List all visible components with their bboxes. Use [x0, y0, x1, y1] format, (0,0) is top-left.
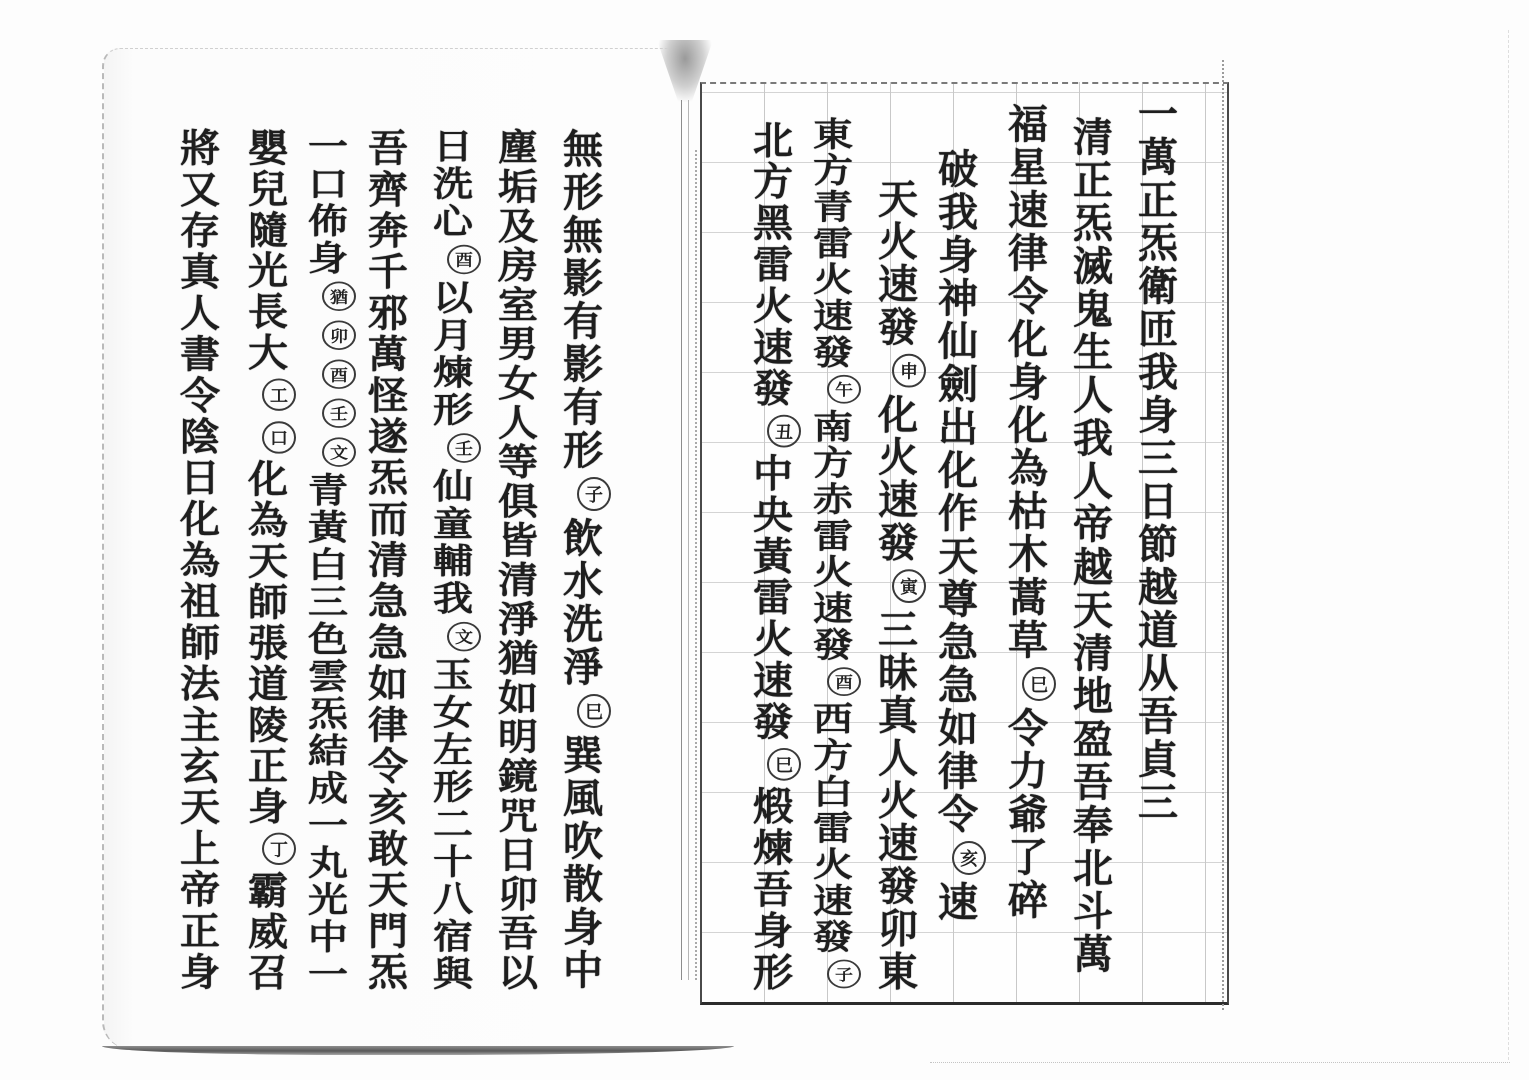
manuscript-character: 霸: [248, 873, 288, 914]
manuscript-character: 急: [938, 666, 978, 709]
manuscript-character: 身: [753, 913, 793, 954]
manuscript-character: 無: [563, 216, 603, 259]
manuscript-character: 日: [498, 837, 538, 876]
manuscript-character: 星: [1008, 148, 1048, 191]
circled-annotation: 猶: [322, 282, 356, 311]
manuscript-character: 師: [248, 584, 288, 625]
manuscript-character: 存: [180, 212, 220, 253]
right-page-edge: [1222, 60, 1225, 1010]
manuscript-character: 宿: [433, 920, 473, 957]
manuscript-character: 草: [1008, 621, 1048, 664]
manuscript-character: 律: [938, 752, 978, 795]
manuscript-character: 千: [368, 254, 408, 295]
circled-annotation: 文: [447, 622, 481, 652]
manuscript-character: 吹: [563, 822, 603, 865]
manuscript-character: 枯: [1008, 492, 1048, 535]
manuscript-character: 形: [563, 173, 603, 216]
manuscript-character: 卯: [878, 910, 918, 953]
text-column: 一口佈身猶卯酉壬文青黃白三色雲炁結成一丸光中一: [300, 130, 356, 995]
text-column: 天火速發申化火速發寅三昧真人火速發卯東: [870, 180, 926, 995]
manuscript-character: 玉: [433, 658, 473, 695]
manuscript-character: 隨: [248, 212, 288, 253]
circled-annotation: 子: [577, 477, 611, 511]
manuscript-character: 仙: [433, 470, 473, 507]
manuscript-character: 炁: [368, 954, 408, 995]
manuscript-character: 真: [878, 696, 918, 739]
manuscript-character: 日: [180, 460, 220, 501]
manuscript-character: 齊: [368, 171, 408, 212]
manuscript-character: 雲: [308, 660, 348, 697]
manuscript-character: 出: [938, 408, 978, 451]
manuscript-character: 咒: [498, 798, 538, 837]
manuscript-character: 形: [753, 954, 793, 995]
manuscript-character: 匝: [1138, 310, 1178, 353]
manuscript-character: 女: [498, 366, 538, 405]
manuscript-character: 盈: [1073, 720, 1113, 763]
manuscript-character: 我: [938, 193, 978, 236]
manuscript-character: 煅: [753, 788, 793, 829]
manuscript-character: 風: [563, 779, 603, 822]
manuscript-character: 中: [563, 951, 603, 994]
circled-annotation: 申: [892, 354, 926, 388]
text-column: 福星速律令化身化為枯木蒿草巳令力爺了碎: [1000, 105, 1056, 924]
manuscript-character: 為: [248, 502, 288, 543]
manuscript-character: 雷: [753, 246, 793, 287]
manuscript-character: 帝: [180, 871, 220, 912]
manuscript-character: 門: [368, 913, 408, 954]
manuscript-character: 爺: [1008, 795, 1048, 838]
circled-annotation: 壬: [447, 433, 481, 463]
manuscript-character: 發: [813, 336, 853, 372]
manuscript-character: 鬼: [1073, 290, 1113, 333]
manuscript-character: 煉: [433, 356, 473, 393]
manuscript-character: 三: [1138, 783, 1178, 826]
manuscript-character: 地: [1073, 677, 1113, 720]
manuscript-character: 央: [753, 497, 793, 538]
manuscript-character: 急: [938, 623, 978, 666]
manuscript-character: 雷: [813, 519, 853, 555]
manuscript-character: 色: [308, 623, 348, 660]
manuscript-character: 速: [753, 662, 793, 703]
manuscript-character: 清: [368, 542, 408, 583]
manuscript-character: 一: [308, 130, 348, 167]
manuscript-character: 吾: [368, 130, 408, 171]
manuscript-character: 令: [1008, 709, 1048, 752]
manuscript-character: 天: [248, 543, 288, 584]
manuscript-character: 速: [938, 883, 978, 926]
manuscript-character: 方: [753, 163, 793, 204]
manuscript-character: 三: [1138, 439, 1178, 482]
manuscript-character: 神: [938, 279, 978, 322]
manuscript-character: 滅: [1073, 247, 1113, 290]
manuscript-character: 亥: [368, 789, 408, 830]
circled-annotation: 卯: [322, 321, 356, 350]
text-column: 無形無影有影有形子飲水洗淨巳巽風吹散身中: [555, 130, 611, 994]
manuscript-character: 火: [878, 782, 918, 825]
manuscript-character: 我: [1138, 353, 1178, 396]
manuscript-character: 吾: [1073, 763, 1113, 806]
text-column: 北方黑雷火速發丑中央黃雷火速發巳煅煉吾身形: [745, 122, 801, 995]
manuscript-character: 雷: [753, 579, 793, 620]
manuscript-character: 而: [368, 501, 408, 542]
manuscript-character: 速: [1008, 191, 1048, 234]
manuscript-character: 日: [433, 130, 473, 167]
circled-annotation: 工: [262, 378, 296, 410]
manuscript-character: 發: [878, 524, 918, 567]
manuscript-character: 卯: [498, 877, 538, 916]
manuscript-character: 三: [308, 586, 348, 623]
manuscript-character: 黑: [753, 205, 793, 246]
manuscript-character: 身: [1008, 363, 1048, 406]
manuscript-character: 如: [498, 680, 538, 719]
manuscript-character: 左: [433, 733, 473, 770]
manuscript-character: 嬰: [248, 130, 288, 171]
manuscript-character: 影: [563, 259, 603, 302]
manuscript-character: 為: [1008, 449, 1048, 492]
manuscript-character: 三: [878, 611, 918, 654]
manuscript-character: 上: [180, 830, 220, 871]
manuscript-character: 天: [938, 537, 978, 580]
manuscript-character: 速: [878, 265, 918, 308]
manuscript-character: 律: [368, 707, 408, 748]
manuscript-character: 男: [498, 327, 538, 366]
manuscript-scan: 一萬正炁衛匝我身三日節越道从吾貞三清正炁滅鬼生人我人帝越天清地盈吾奉北斗萬福星速…: [0, 0, 1529, 1080]
manuscript-character: 仙: [938, 322, 978, 365]
manuscript-character: 俱: [498, 484, 538, 523]
text-column: 一萬正炁衛匝我身三日節越道从吾貞三: [1130, 95, 1186, 826]
manuscript-character: 祖: [180, 583, 220, 624]
manuscript-character: 西: [813, 703, 853, 739]
manuscript-character: 赤: [813, 483, 853, 519]
scan-edge: [1508, 30, 1510, 1060]
manuscript-character: 萬: [1073, 935, 1113, 978]
manuscript-character: 發: [753, 704, 793, 745]
manuscript-character: 化: [1008, 320, 1048, 363]
manuscript-character: 速: [813, 592, 853, 628]
manuscript-character: 形: [433, 393, 473, 430]
manuscript-character: 吾: [498, 916, 538, 955]
circled-annotation: 巳: [767, 748, 801, 781]
manuscript-character: 律: [1008, 234, 1048, 277]
manuscript-character: 淨: [563, 648, 603, 691]
manuscript-character: 黃: [753, 538, 793, 579]
manuscript-character: 十: [433, 845, 473, 882]
manuscript-character: 與: [433, 957, 473, 994]
manuscript-character: 月: [433, 319, 473, 356]
manuscript-character: 影: [563, 345, 603, 388]
manuscript-character: 炁: [1073, 204, 1113, 247]
manuscript-character: 女: [433, 696, 473, 733]
manuscript-character: 破: [938, 150, 978, 193]
manuscript-character: 清: [1073, 118, 1113, 161]
manuscript-character: 師: [180, 624, 220, 665]
text-column: 東方青雷火速發午南方赤雷火速發酉西方白雷火速發子: [805, 118, 861, 995]
manuscript-character: 淨: [498, 602, 538, 641]
manuscript-character: 如: [368, 666, 408, 707]
manuscript-character: 二: [433, 808, 473, 845]
manuscript-character: 身: [180, 954, 220, 995]
manuscript-character: 口: [308, 167, 348, 204]
manuscript-character: 火: [813, 556, 853, 592]
manuscript-character: 方: [813, 739, 853, 775]
manuscript-character: 東: [813, 118, 853, 154]
manuscript-character: 光: [248, 253, 288, 294]
manuscript-character: 以: [433, 281, 473, 318]
manuscript-character: 為: [180, 542, 220, 583]
circled-annotation: 午: [827, 375, 861, 404]
manuscript-character: 火: [813, 848, 853, 884]
manuscript-character: 正: [248, 748, 288, 789]
manuscript-character: 越: [1073, 548, 1113, 591]
manuscript-character: 令: [180, 377, 220, 418]
manuscript-character: 吾: [1138, 697, 1178, 740]
manuscript-character: 身: [248, 789, 288, 830]
manuscript-character: 化: [878, 395, 918, 438]
manuscript-character: 日: [1138, 482, 1178, 525]
manuscript-character: 貞: [1138, 740, 1178, 783]
manuscript-character: 水: [563, 562, 603, 605]
manuscript-character: 化: [180, 501, 220, 542]
manuscript-character: 節: [1138, 525, 1178, 568]
manuscript-character: 塵: [498, 130, 538, 169]
manuscript-character: 方: [813, 447, 853, 483]
text-column: 破我身神仙劍出化作天尊急急如律令亥速: [930, 150, 986, 926]
manuscript-character: 人: [1073, 376, 1113, 419]
manuscript-character: 炁: [368, 460, 408, 501]
manuscript-character: 火: [753, 621, 793, 662]
manuscript-character: 主: [180, 707, 220, 748]
circled-annotation: 酉: [447, 245, 481, 275]
manuscript-character: 奔: [368, 212, 408, 253]
manuscript-character: 化: [248, 461, 288, 502]
manuscript-character: 成: [308, 772, 348, 809]
circled-annotation: 丁: [262, 833, 296, 865]
manuscript-character: 佈: [308, 204, 348, 241]
circled-annotation: 子: [827, 960, 861, 989]
text-column: 將又存真人書令陰日化為祖師法主玄天上帝正身: [172, 130, 228, 995]
manuscript-character: 斗: [1073, 892, 1113, 935]
manuscript-character: 陵: [248, 707, 288, 748]
manuscript-character: 急: [368, 624, 408, 665]
manuscript-character: 萬: [1138, 138, 1178, 181]
manuscript-character: 玄: [180, 748, 220, 789]
manuscript-character: 北: [753, 122, 793, 163]
manuscript-character: 奉: [1073, 806, 1113, 849]
manuscript-character: 有: [563, 388, 603, 431]
manuscript-character: 輔: [433, 545, 473, 582]
manuscript-character: 一: [1138, 95, 1178, 138]
manuscript-character: 正: [1073, 161, 1113, 204]
circled-annotation: 文: [322, 437, 356, 466]
manuscript-character: 發: [813, 921, 853, 957]
manuscript-character: 身: [563, 908, 603, 951]
manuscript-character: 張: [248, 625, 288, 666]
circled-annotation: 巳: [1022, 667, 1056, 701]
manuscript-character: 雷: [813, 227, 853, 263]
manuscript-character: 帝: [1073, 505, 1113, 548]
manuscript-character: 無: [563, 130, 603, 173]
manuscript-character: 室: [498, 287, 538, 326]
manuscript-character: 形: [433, 770, 473, 807]
manuscript-character: 人: [180, 295, 220, 336]
manuscript-character: 煉: [753, 830, 793, 871]
manuscript-character: 火: [753, 288, 793, 329]
manuscript-character: 化: [938, 451, 978, 494]
manuscript-character: 垢: [498, 169, 538, 208]
manuscript-character: 白: [308, 548, 348, 585]
manuscript-character: 速: [753, 329, 793, 370]
manuscript-character: 炁: [308, 697, 348, 734]
circled-annotation: 丑: [767, 415, 801, 448]
manuscript-character: 方: [813, 154, 853, 190]
manuscript-character: 邪: [368, 295, 408, 336]
manuscript-character: 飲: [563, 519, 603, 562]
manuscript-character: 洗: [433, 167, 473, 204]
manuscript-character: 人: [878, 739, 918, 782]
manuscript-character: 天: [180, 789, 220, 830]
manuscript-character: 天: [878, 180, 918, 223]
manuscript-character: 人: [1073, 462, 1113, 505]
manuscript-character: 道: [248, 666, 288, 707]
manuscript-character: 火: [878, 438, 918, 481]
manuscript-character: 清: [498, 562, 538, 601]
manuscript-character: 書: [180, 336, 220, 377]
manuscript-character: 一: [308, 958, 348, 995]
manuscript-character: 令: [368, 748, 408, 789]
text-column: 吾齊奔千邪萬怪遂炁而清急急如律令亥敢天門炁: [360, 130, 416, 995]
manuscript-character: 結: [308, 734, 348, 771]
manuscript-character: 發: [878, 867, 918, 910]
manuscript-character: 洗: [563, 605, 603, 648]
circled-annotation: 酉: [322, 359, 356, 388]
manuscript-character: 召: [248, 954, 288, 995]
manuscript-character: 化: [1008, 406, 1048, 449]
binding-cord: [681, 100, 689, 980]
manuscript-character: 从: [1138, 654, 1178, 697]
manuscript-character: 我: [1073, 419, 1113, 462]
manuscript-character: 福: [1008, 105, 1048, 148]
manuscript-character: 速: [813, 884, 853, 920]
manuscript-character: 又: [180, 171, 220, 212]
manuscript-character: 尊: [938, 580, 978, 623]
manuscript-character: 怪: [368, 377, 408, 418]
manuscript-character: 有: [563, 302, 603, 345]
manuscript-character: 威: [248, 913, 288, 954]
manuscript-character: 光: [308, 883, 348, 920]
manuscript-character: 等: [498, 444, 538, 483]
manuscript-character: 巽: [563, 736, 603, 779]
manuscript-character: 身: [938, 236, 978, 279]
manuscript-character: 木: [1008, 535, 1048, 578]
manuscript-character: 清: [1073, 634, 1113, 677]
manuscript-character: 作: [938, 494, 978, 537]
manuscript-character: 發: [753, 370, 793, 411]
manuscript-character: 南: [813, 410, 853, 446]
manuscript-character: 越: [1138, 568, 1178, 611]
manuscript-character: 東: [878, 953, 918, 996]
circled-annotation: 亥: [952, 841, 986, 875]
manuscript-character: 天: [368, 871, 408, 912]
text-column: 塵垢及房室男女人等俱皆清淨猶如明鏡咒日卯吾以: [490, 130, 546, 995]
circled-annotation: 口: [262, 421, 296, 453]
manuscript-character: 萬: [368, 336, 408, 377]
manuscript-character: 皆: [498, 523, 538, 562]
manuscript-character: 中: [753, 455, 793, 496]
manuscript-character: 敢: [368, 830, 408, 871]
text-column: 嬰兒隨光長大工口化為天師張道陵正身丁霸威召: [240, 130, 296, 995]
manuscript-character: 速: [878, 824, 918, 867]
manuscript-character: 生: [1073, 333, 1113, 376]
manuscript-character: 衛: [1138, 267, 1178, 310]
manuscript-character: 速: [813, 300, 853, 336]
manuscript-character: 火: [878, 223, 918, 266]
manuscript-character: 中: [308, 921, 348, 958]
manuscript-character: 將: [180, 130, 220, 171]
manuscript-character: 了: [1008, 838, 1048, 881]
bottom-rule: [930, 1062, 1510, 1064]
manuscript-character: 真: [180, 254, 220, 295]
manuscript-character: 昧: [878, 654, 918, 697]
manuscript-character: 碎: [1008, 881, 1048, 924]
manuscript-character: 炁: [1138, 224, 1178, 267]
manuscript-character: 心: [433, 205, 473, 242]
manuscript-character: 八: [433, 883, 473, 920]
manuscript-character: 吾: [753, 871, 793, 912]
manuscript-character: 正: [1138, 181, 1178, 224]
manuscript-character: 遂: [368, 418, 408, 459]
manuscript-character: 童: [433, 507, 473, 544]
manuscript-character: 發: [813, 628, 853, 664]
manuscript-character: 人: [498, 405, 538, 444]
manuscript-character: 散: [563, 865, 603, 908]
manuscript-character: 白: [813, 775, 853, 811]
manuscript-character: 如: [938, 709, 978, 752]
manuscript-character: 明: [498, 720, 538, 759]
manuscript-character: 鏡: [498, 759, 538, 798]
manuscript-character: 黃: [308, 511, 348, 548]
manuscript-character: 劍: [938, 365, 978, 408]
manuscript-character: 我: [433, 582, 473, 619]
manuscript-character: 形: [563, 431, 603, 474]
manuscript-character: 蒿: [1008, 578, 1048, 621]
circled-annotation: 酉: [827, 667, 861, 696]
manuscript-character: 長: [248, 294, 288, 335]
manuscript-character: 發: [878, 308, 918, 351]
manuscript-character: 及: [498, 209, 538, 248]
manuscript-character: 火: [813, 263, 853, 299]
manuscript-character: 兒: [248, 171, 288, 212]
manuscript-character: 房: [498, 248, 538, 287]
manuscript-character: 速: [878, 481, 918, 524]
manuscript-character: 以: [498, 955, 538, 994]
manuscript-character: 青: [308, 474, 348, 511]
text-column: 日洗心酉以月煉形壬仙童輔我文玉女左形二十八宿與: [425, 130, 481, 995]
manuscript-character: 身: [1138, 396, 1178, 439]
manuscript-character: 猶: [498, 641, 538, 680]
manuscript-character: 令: [938, 795, 978, 838]
manuscript-character: 道: [1138, 611, 1178, 654]
circled-annotation: 壬: [322, 398, 356, 427]
manuscript-character: 力: [1008, 752, 1048, 795]
manuscript-character: 一: [308, 809, 348, 846]
manuscript-character: 北: [1073, 849, 1113, 892]
manuscript-character: 丸: [308, 846, 348, 883]
manuscript-character: 雷: [813, 812, 853, 848]
manuscript-character: 令: [1008, 277, 1048, 320]
manuscript-character: 身: [308, 242, 348, 279]
manuscript-character: 天: [1073, 591, 1113, 634]
manuscript-character: 青: [813, 191, 853, 227]
